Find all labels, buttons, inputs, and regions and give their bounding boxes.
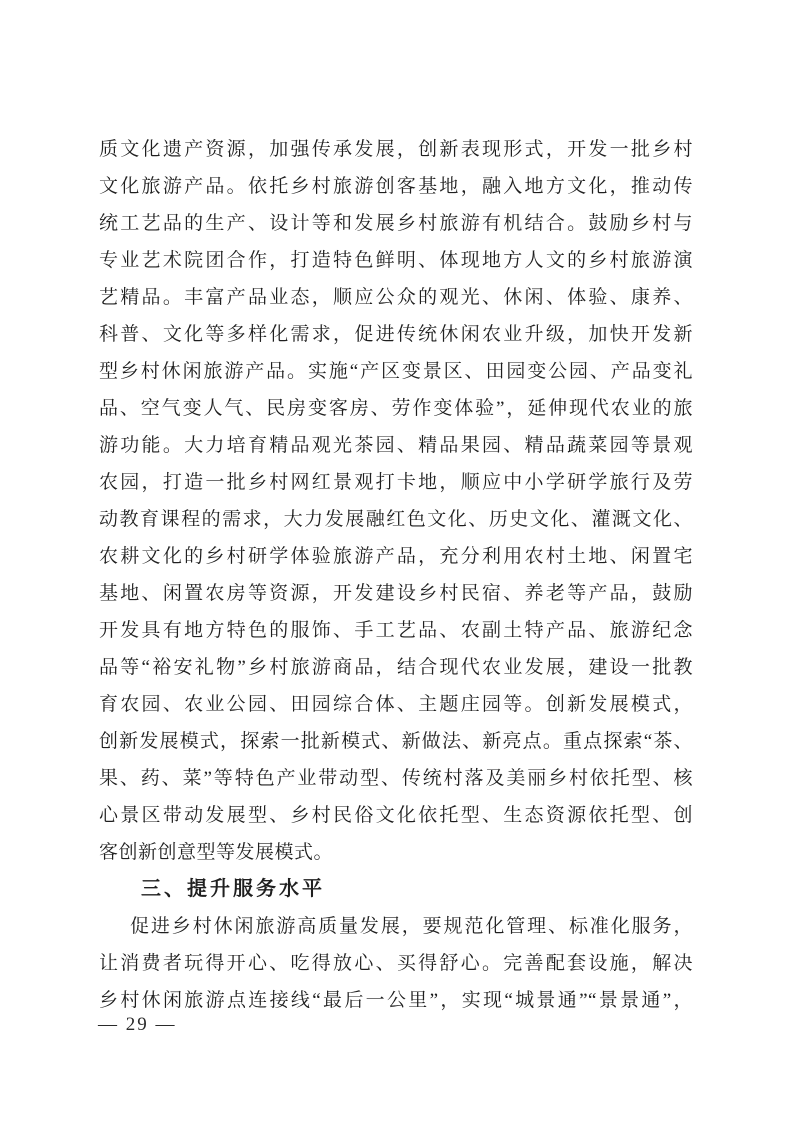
text-line: 型乡村休闲旅游产品。实施“产区变景区、田园变公园、产品变礼 xyxy=(99,353,693,390)
text-line: 动教育课程的需求，大力发展融红色文化、历史文化、灌溉文化、 xyxy=(99,501,693,538)
text-line: 客创新创意型等发展模式。 xyxy=(99,834,693,871)
text-line: 让消费者玩得开心、吃得放心、买得舒心。完善配套设施，解决 xyxy=(99,945,693,982)
page-body: 质文化遗产资源，加强传承发展，创新表现形式，开发一批乡村 文化旅游产品。依托乡村… xyxy=(99,131,693,1019)
page-number: — 29 — xyxy=(98,1014,177,1036)
text-line: 品、空气变人气、民房变客房、劳作变体验”，延伸现代农业的旅 xyxy=(99,390,693,427)
document-page: 质文化遗产资源，加强传承发展，创新表现形式，开发一批乡村 文化旅游产品。依托乡村… xyxy=(0,0,793,1122)
text-line: 游功能。大力培育精品观光茶园、精品果园、精品蔬菜园等景观 xyxy=(99,427,693,464)
text-line: 果、药、菜”等特色产业带动型、传统村落及美丽乡村依托型、核 xyxy=(99,760,693,797)
section-heading: 三、提升服务水平 xyxy=(99,871,693,908)
text-line: 基地、闲置农房等资源，开发建设乡村民宿、养老等产品，鼓励 xyxy=(99,575,693,612)
text-line: 心景区带动发展型、乡村民俗文化依托型、生态资源依托型、创 xyxy=(99,797,693,834)
text-line: 育农园、农业公园、田园综合体、主题庄园等。创新发展模式， xyxy=(99,686,693,723)
text-line: 创新发展模式，探索一批新模式、新做法、新亮点。重点探索“茶、 xyxy=(99,723,693,760)
text-line: 统工艺品的生产、设计等和发展乡村旅游有机结合。鼓励乡村与 xyxy=(99,205,693,242)
text-line: 乡村休闲旅游点连接线“最后一公里”，实现“城景通”“景景通”， xyxy=(99,982,693,1019)
text-line: 文化旅游产品。依托乡村旅游创客基地，融入地方文化，推动传 xyxy=(99,168,693,205)
text-line: 专业艺术院团合作，打造特色鲜明、体现地方人文的乡村旅游演 xyxy=(99,242,693,279)
text-line: 科普、文化等多样化需求，促进传统休闲农业升级，加快开发新 xyxy=(99,316,693,353)
text-line: 农耕文化的乡村研学体验旅游产品，充分利用农村土地、闲置宅 xyxy=(99,538,693,575)
text-line: 促进乡村休闲旅游高质量发展，要规范化管理、标准化服务， xyxy=(99,908,693,945)
text-line: 品等“裕安礼物”乡村旅游商品，结合现代农业发展，建设一批教 xyxy=(99,649,693,686)
text-line: 农园，打造一批乡村网红景观打卡地，顺应中小学研学旅行及劳 xyxy=(99,464,693,501)
text-line: 质文化遗产资源，加强传承发展，创新表现形式，开发一批乡村 xyxy=(99,131,693,168)
text-line: 开发具有地方特色的服饰、手工艺品、农副土特产品、旅游纪念 xyxy=(99,612,693,649)
text-line: 艺精品。丰富产品业态，顺应公众的观光、休闲、体验、康养、 xyxy=(99,279,693,316)
